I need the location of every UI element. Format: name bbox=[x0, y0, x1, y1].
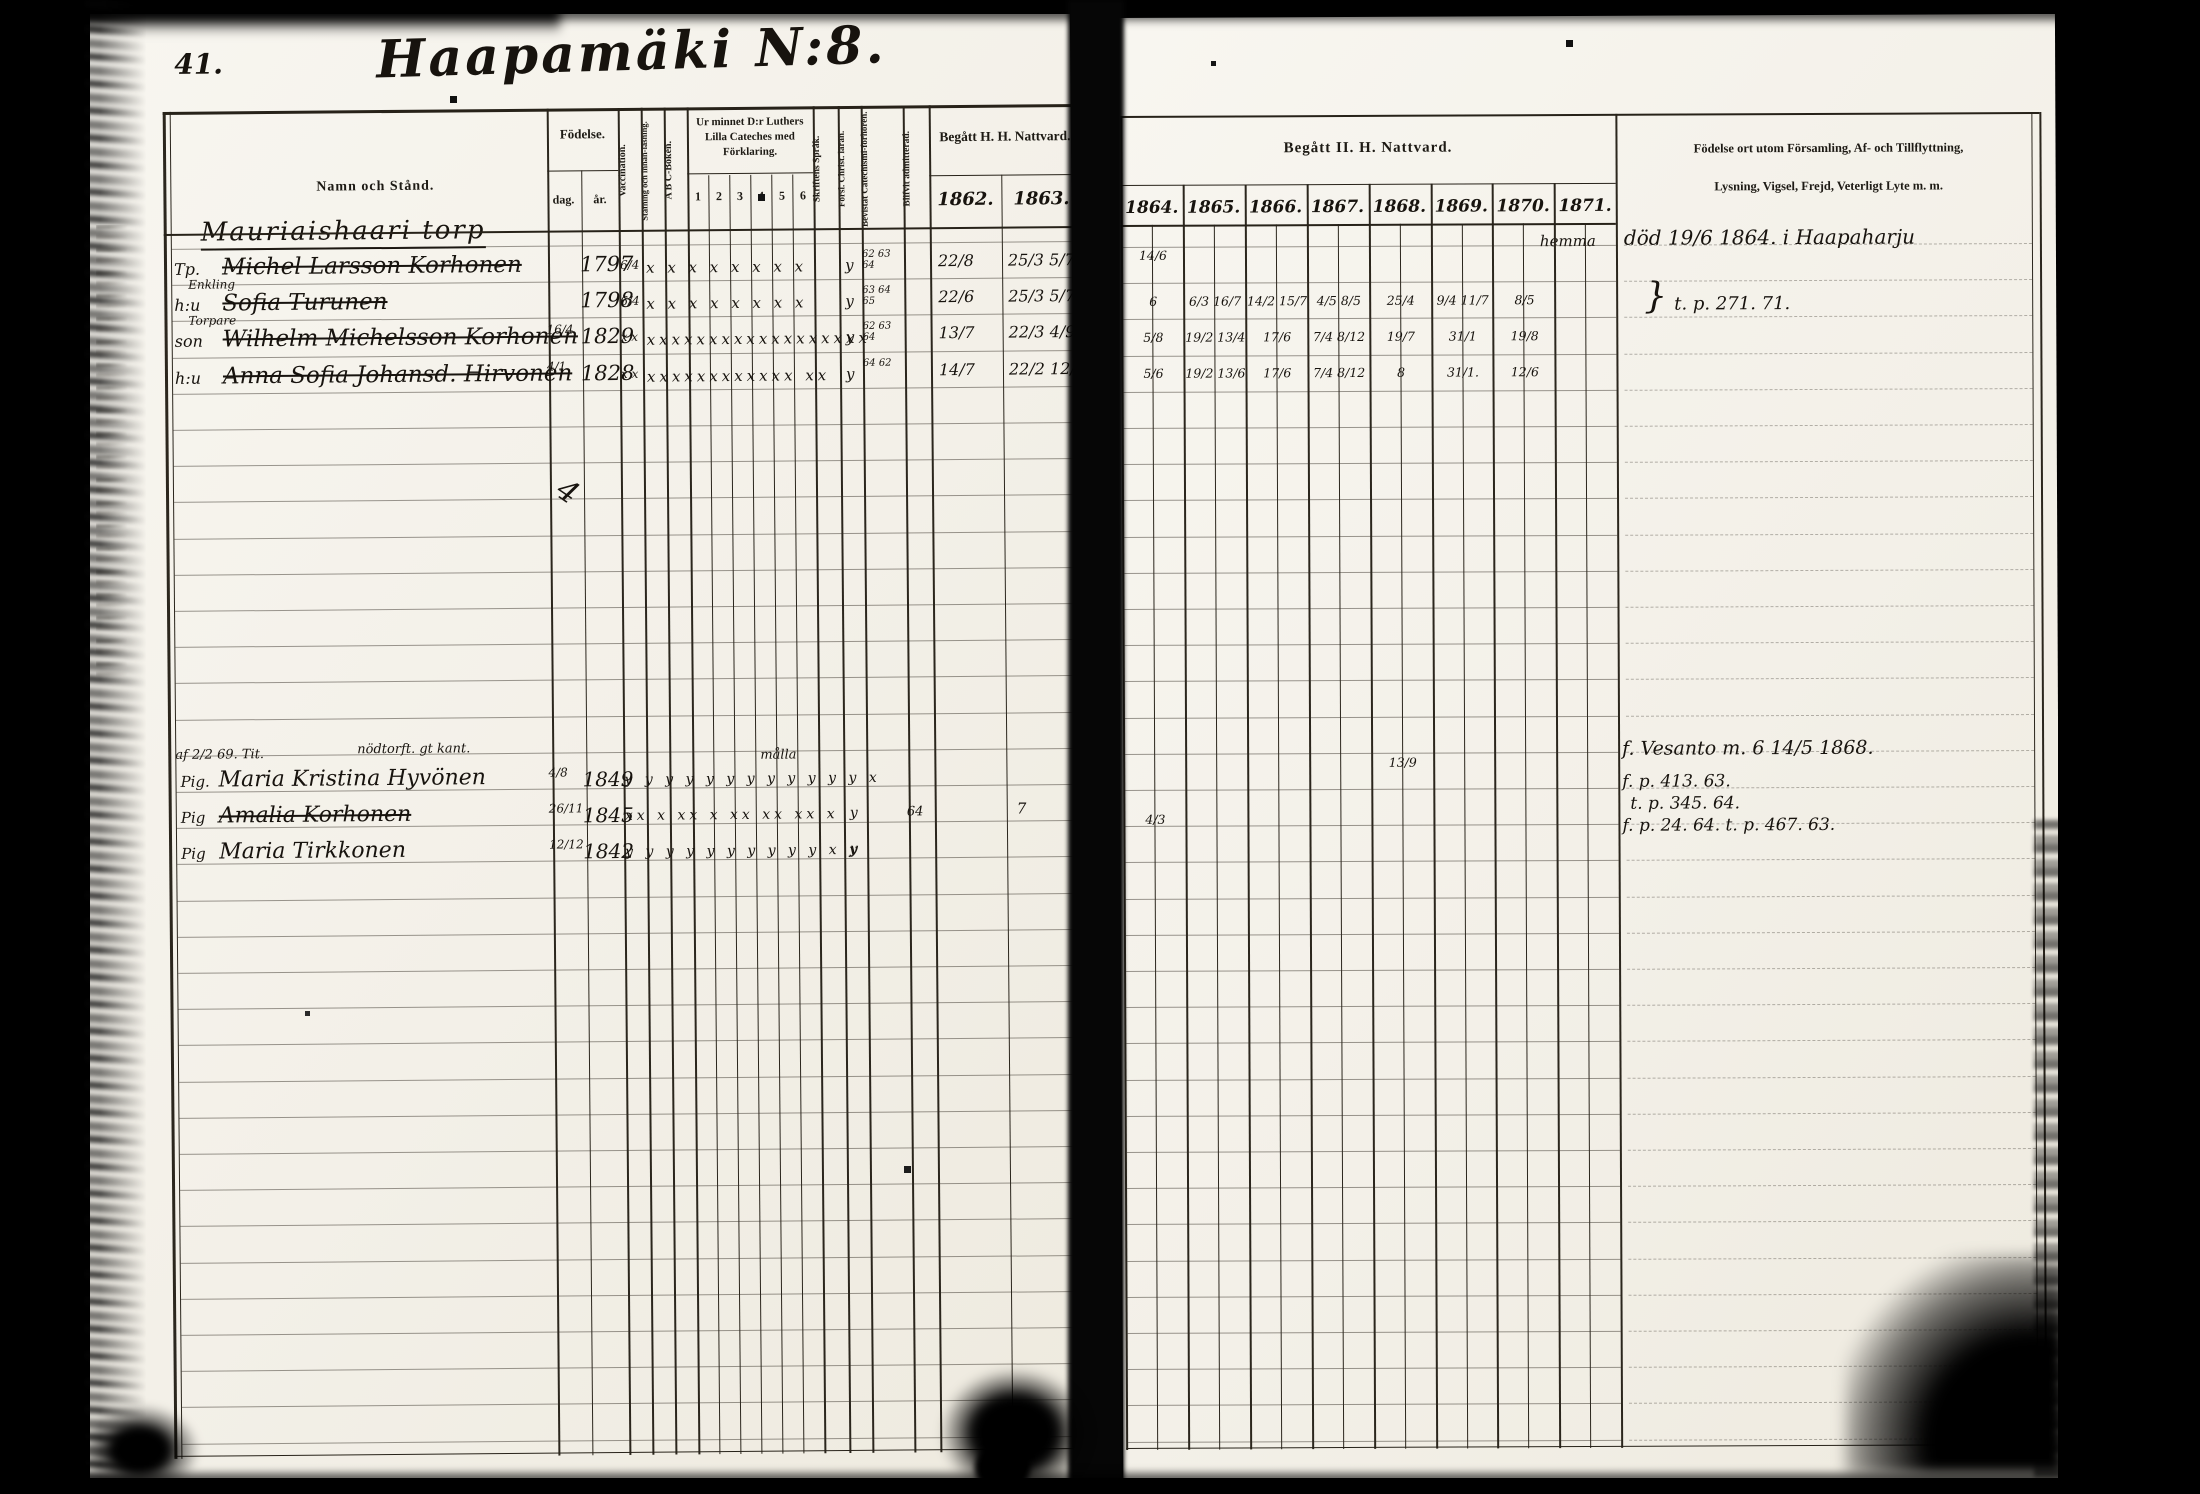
communion-date: 19/8 bbox=[1495, 328, 1555, 343]
communion-date: 17/6 bbox=[1247, 329, 1307, 344]
scan-specks bbox=[0, 0, 3, 3]
communion-date: 8/5 bbox=[1495, 292, 1555, 307]
communion-date: 8 bbox=[1371, 365, 1431, 380]
communion-date: 14/2 15/7 bbox=[1247, 293, 1307, 308]
communion-date: 17/6 bbox=[1247, 365, 1307, 380]
communion-date: 6/3 16/7 bbox=[1185, 293, 1245, 308]
margin-note: f. p. 413. 63. bbox=[1622, 771, 1731, 791]
margin-word: hemma bbox=[1540, 232, 1596, 250]
communion-date: 5/8 bbox=[1123, 330, 1183, 345]
year-label: 1869. bbox=[1430, 196, 1492, 216]
communion-date: 31/1. bbox=[1433, 364, 1493, 379]
right-page-group: Begått II. H. Nattvard. Födelse ort utom… bbox=[0, 0, 2200, 1494]
year-label: 1864. bbox=[1121, 198, 1183, 218]
death-note: död 19/6 1864. i Haapaharju bbox=[1624, 225, 1915, 250]
column-header-info-line2: Lysning, Vigsel, Frejd, Veterligt Lyte m… bbox=[1623, 178, 2035, 195]
communion-date: 14/6 bbox=[1123, 248, 1183, 263]
communion-date: 4/5 8/5 bbox=[1309, 293, 1369, 308]
communion-date: 31/1 bbox=[1433, 328, 1493, 343]
communion-date: 7/4 8/12 bbox=[1309, 329, 1369, 344]
communion-date: 12/6 bbox=[1495, 364, 1555, 379]
year-label: 1871. bbox=[1554, 196, 1616, 216]
margin-note: f. p. 24. 64. t. p. 467. 63. bbox=[1622, 815, 1835, 836]
scanned-parish-register: 41. Haapamäki N:8. Namn och Stånd. Födel… bbox=[0, 0, 2200, 1494]
communion-date: 19/2 13/4 bbox=[1185, 329, 1245, 344]
communion-date: 19/2 13/6 bbox=[1185, 365, 1245, 380]
margin-note: t. p. 345. 64. bbox=[1630, 793, 1740, 813]
year-label: 1867. bbox=[1306, 197, 1368, 217]
communion-date: 25/4 bbox=[1371, 293, 1431, 308]
communion-date: 9/4 11/7 bbox=[1433, 292, 1493, 307]
margin-note: t. p. 271. 71. bbox=[1674, 293, 1790, 315]
margin-note: f. Vesanto m. 6 14/5 1868. bbox=[1622, 737, 1874, 760]
column-header-info-line1: Födelse ort utom Församling, Af- och Til… bbox=[1622, 140, 2034, 157]
communion-date: 19/7 bbox=[1371, 329, 1431, 344]
communion-date: 5/6 bbox=[1123, 366, 1183, 381]
year-label: 1865. bbox=[1183, 197, 1245, 217]
communion-date: 7/4 8/12 bbox=[1309, 365, 1369, 380]
communion-date: 13/9 bbox=[1373, 755, 1433, 770]
column-header-communion-right: Begått II. H. Nattvard. bbox=[1120, 138, 1615, 159]
year-label: 1870. bbox=[1492, 196, 1554, 216]
communion-date: 6 bbox=[1123, 294, 1183, 309]
year-label: 1866. bbox=[1245, 197, 1307, 217]
communion-date: 4/3 bbox=[1125, 812, 1185, 827]
year-label: 1868. bbox=[1368, 197, 1430, 217]
